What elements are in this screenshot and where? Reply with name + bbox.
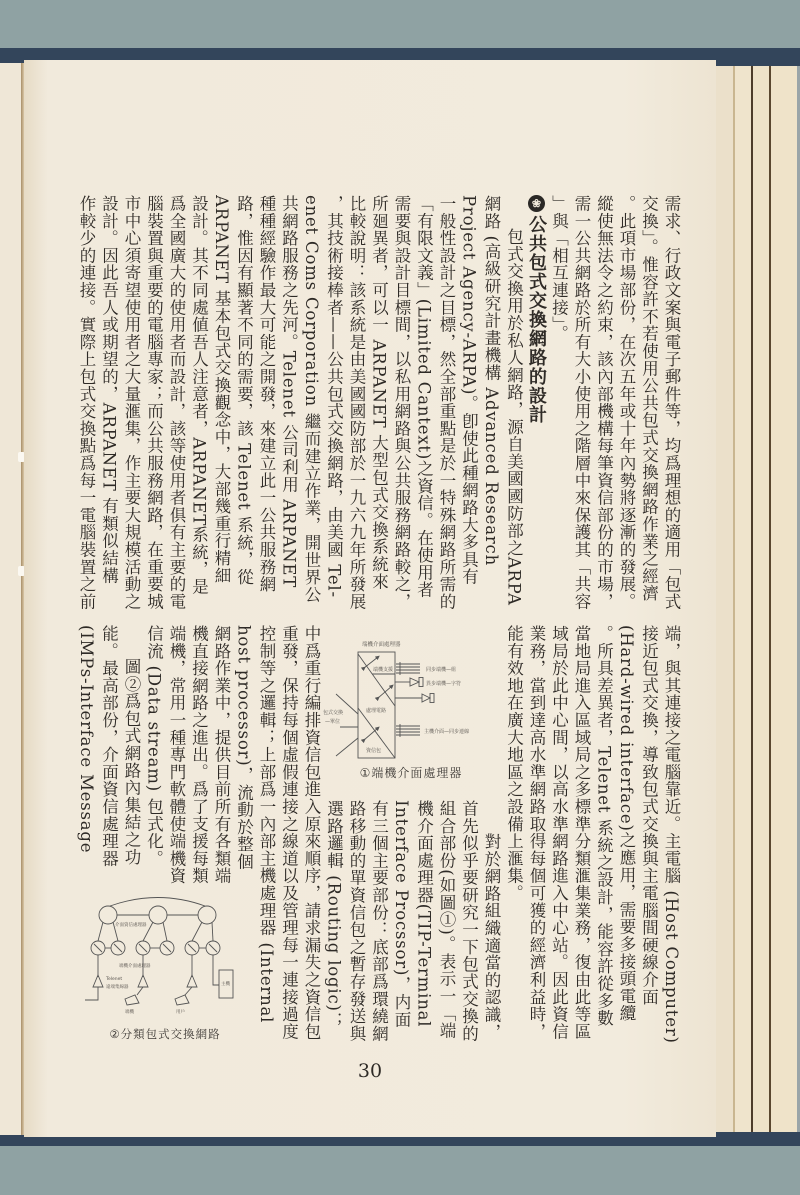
flower-bullet-icon: [528, 195, 545, 212]
figure-2-caption: ②分類包式交換網路: [85, 1026, 245, 1042]
lower-left-text-block: host processor)，流動於整個 網路作業中，提供目前所有各類端 機直…: [75, 625, 255, 891]
text-column: enet Coms Corporation 繼而建立作業，開世界公: [300, 195, 323, 613]
diagram-label: 處理電路: [366, 707, 386, 714]
lower-center-text-block: 中爲重行編排資信包進入原來順序，請求漏失之資信包 重發，保持每個虛假連接之線道以…: [255, 625, 323, 1043]
text-column: (Hard-wired interface)之應用，需要多接頭電纜: [615, 625, 638, 1043]
text-column: 路，惟因有顯著不同的需要，該 Telenet 系統，從: [232, 195, 255, 613]
text-column: 市中心須寄望使用者之大量滙集，作主要大規模活動之: [120, 195, 143, 613]
section-heading-text: 公共包式交換網路的設計: [526, 215, 547, 424]
diagram-label: 主機介面—同步連線: [424, 728, 469, 735]
text-column: 端機，常用一種專門軟體使端機資: [165, 625, 188, 891]
diagram-label: 端機: [125, 1008, 134, 1015]
page-number: 30: [330, 1060, 410, 1082]
text-column: 機直接網路之進出。爲了支援每類: [187, 625, 210, 891]
diagram-label: 主機: [221, 980, 230, 987]
text-column: 對於網路組織適當的認識，: [480, 800, 503, 1043]
diagram-label: —單位: [325, 718, 340, 725]
text-column: 能。最高部份，介面資信處理器: [97, 625, 120, 891]
text-column: 作較少的連接。實際上包式交換點爲每一電腦裝置之前: [75, 195, 98, 613]
text-column: 共網路服務之先河。Telenet 公司利用 ARPANET: [277, 195, 300, 613]
diagram-label: 端機介面處理器: [119, 962, 151, 969]
text-column: 網路作業中，提供目前所有各類端: [210, 625, 233, 891]
text-column: 當地局進入區域局之多標準分類滙集業務，復由此等區: [570, 625, 593, 1043]
text-column: 需一公共網路於所有大小使用之階層中來保護其「共容: [570, 195, 593, 613]
diagram-label: 包式交換: [323, 709, 343, 716]
packet-switching-network-diagram: 介面資信處理器 端機介面處理器 Telenet 遠端集線器 端機 用戶 主機: [85, 895, 245, 1025]
text-column: 爲全國廣大的使用者而設計，該等使用者俱有主要的電: [165, 195, 188, 613]
text-column: 網路 (高級研究計畫機構 Advanced Research: [480, 195, 503, 613]
text-column: 。此項市場部份，在次五年或十年內勢將逐漸的發展。: [615, 195, 638, 613]
section-heading: 公共包式交換網路的設計: [525, 195, 548, 613]
text-column: 縱使無法令之約束，該內部機構每筆資信部份的市場，: [592, 195, 615, 613]
text-column: 組合部份(如圖①)。表示一「端: [435, 800, 458, 1043]
text-column: 。所具差異者，Telenet 系統之設計，能容許從多數: [592, 625, 615, 1043]
text-column: 設計。其不同處値吾人注意者，ARPANET系統，是: [187, 195, 210, 613]
facing-page-edge: [0, 63, 21, 1135]
terminal-interface-processor-diagram: 端機介面處理器 端機支援 處理電路 資信包 同步端機—組 異步端機—字符 主機介…: [322, 630, 500, 762]
text-column: ARPANET 基本包式交換觀念中，大部幾重行精細: [210, 195, 233, 613]
diagram-label: 遠端集線器: [106, 983, 129, 990]
upper-text-block: 需求、行政文案與電子郵件等，均爲理想的適用「包式 交換」。惟容許不若使用公共包式…: [75, 195, 683, 613]
text-column: host processor)，流動於整個: [232, 625, 255, 891]
text-column: 端，與其連接之電腦靠近。主電腦 (Host Computer): [660, 625, 683, 1043]
figure-1-caption: ①端機介面處理器: [322, 764, 500, 781]
text-column: 路移動的單資信包之暫存發送與: [345, 800, 368, 1043]
text-column: 種種經驗作最大可能之開發，來建立此一公共服務網: [255, 195, 278, 613]
diagram-label: 端機介面處理器: [362, 640, 401, 648]
text-column: 「有限文義」(Limited Cantext)之資信。在使用者: [412, 195, 435, 613]
text-column: 需求、行政文案與電子郵件等，均爲理想的適用「包式: [660, 195, 683, 613]
text-column: 一般性設計之目標，然全部重點是於一特殊網路所需的: [435, 195, 458, 613]
text-column: Interface Procssor)，内面: [390, 800, 413, 1043]
diagram-label: 端機支援: [373, 666, 393, 673]
text-column: 信流 (Data stream) 包式化。: [142, 625, 165, 891]
lower-middle-text-block: 對於網路組織適當的認識， 首先似乎要研究一下包式交換的 組合部份(如圖①)。表示…: [322, 800, 502, 1043]
text-column: 中爲重行編排資信包進入原來順序，請求漏失之資信包: [300, 625, 323, 1043]
text-column: 」與「相互連接」。: [547, 195, 570, 613]
text-column: 首先似乎要研究一下包式交換的: [457, 800, 480, 1043]
text-column: 機介面處理器(TIP-Terminal: [412, 800, 435, 1043]
diagram-label: 異步端機—字符: [426, 680, 461, 687]
text-column: 控制等之邏輯；上部爲一內部主機處理器 (Internal: [255, 625, 278, 1043]
text-column: 域局於此中心間，以高水準網路進入中心站。因此資信: [547, 625, 570, 1043]
diagram-label: 同步端機—組: [426, 666, 456, 673]
text-column: 腦裝置與重要的電腦專家；而公共服務網路，在重要城: [142, 195, 165, 613]
text-column: ，其技術接棒者——公共包式交換網路，由美國 Tel-: [322, 195, 345, 613]
text-column: 設計。因此吾人或期望的，ARPANET 有類似結構: [97, 195, 120, 613]
text-column: 交換」。惟容許不若使用公共包式交換網路作業之經濟: [637, 195, 660, 613]
text-column: 能有效地在廣大地區之設備上滙集。: [502, 625, 525, 1043]
text-column: 業務，當到達高水準網路取得每個可獲的經濟利益時，: [525, 625, 548, 1043]
text-column: Project Agency-ARPA)。卽使此種網路大多具有: [457, 195, 480, 613]
text-column: 需要與設計目標間，以私用網路與公共服務網路較之，: [390, 195, 413, 613]
text-column: 重發，保持每個虛假連接之線道以及管理每一連接過度: [277, 625, 300, 1043]
diagram-label: 用戶: [176, 1008, 185, 1015]
diagram-label: 資信包: [366, 747, 381, 754]
page-stack-edge: [716, 66, 800, 1132]
diagram-label: 介面資信處理器: [115, 921, 147, 928]
figure-packet-switching-network: 介面資信處理器 端機介面處理器 Telenet 遠端集線器 端機 用戶 主機: [85, 895, 245, 1025]
text-column: 接近包式交換，導致包式交換與主電腦間硬線介面: [637, 625, 660, 1043]
text-column: 有三個主要部份：底部爲環繞網: [367, 800, 390, 1043]
text-column: 選路邏輯 (Routing logic)；: [322, 800, 345, 1043]
text-column: (IMPs-Interface Message: [75, 625, 98, 891]
text-column: 圖②爲包式網路內集結之功: [120, 625, 143, 891]
figure-terminal-interface-processor: 端機介面處理器 端機支援 處理電路 資信包 同步端機—組 異步端機—字符 主機介…: [322, 630, 500, 762]
diagram-label: Telenet: [105, 976, 122, 982]
lower-right-text-block: 端，與其連接之電腦靠近。主電腦 (Host Computer) 接近包式交換，導…: [502, 625, 682, 1043]
text-column: 所廻異者，可以一 ARPANET 大型包式交換系統來: [367, 195, 390, 613]
text-column: 比較說明：該系統是由美國國防部於一九六九年所發展: [345, 195, 368, 613]
text-column: 包式交換用於私人網路，源自美國國防部之ARPA: [502, 195, 525, 613]
